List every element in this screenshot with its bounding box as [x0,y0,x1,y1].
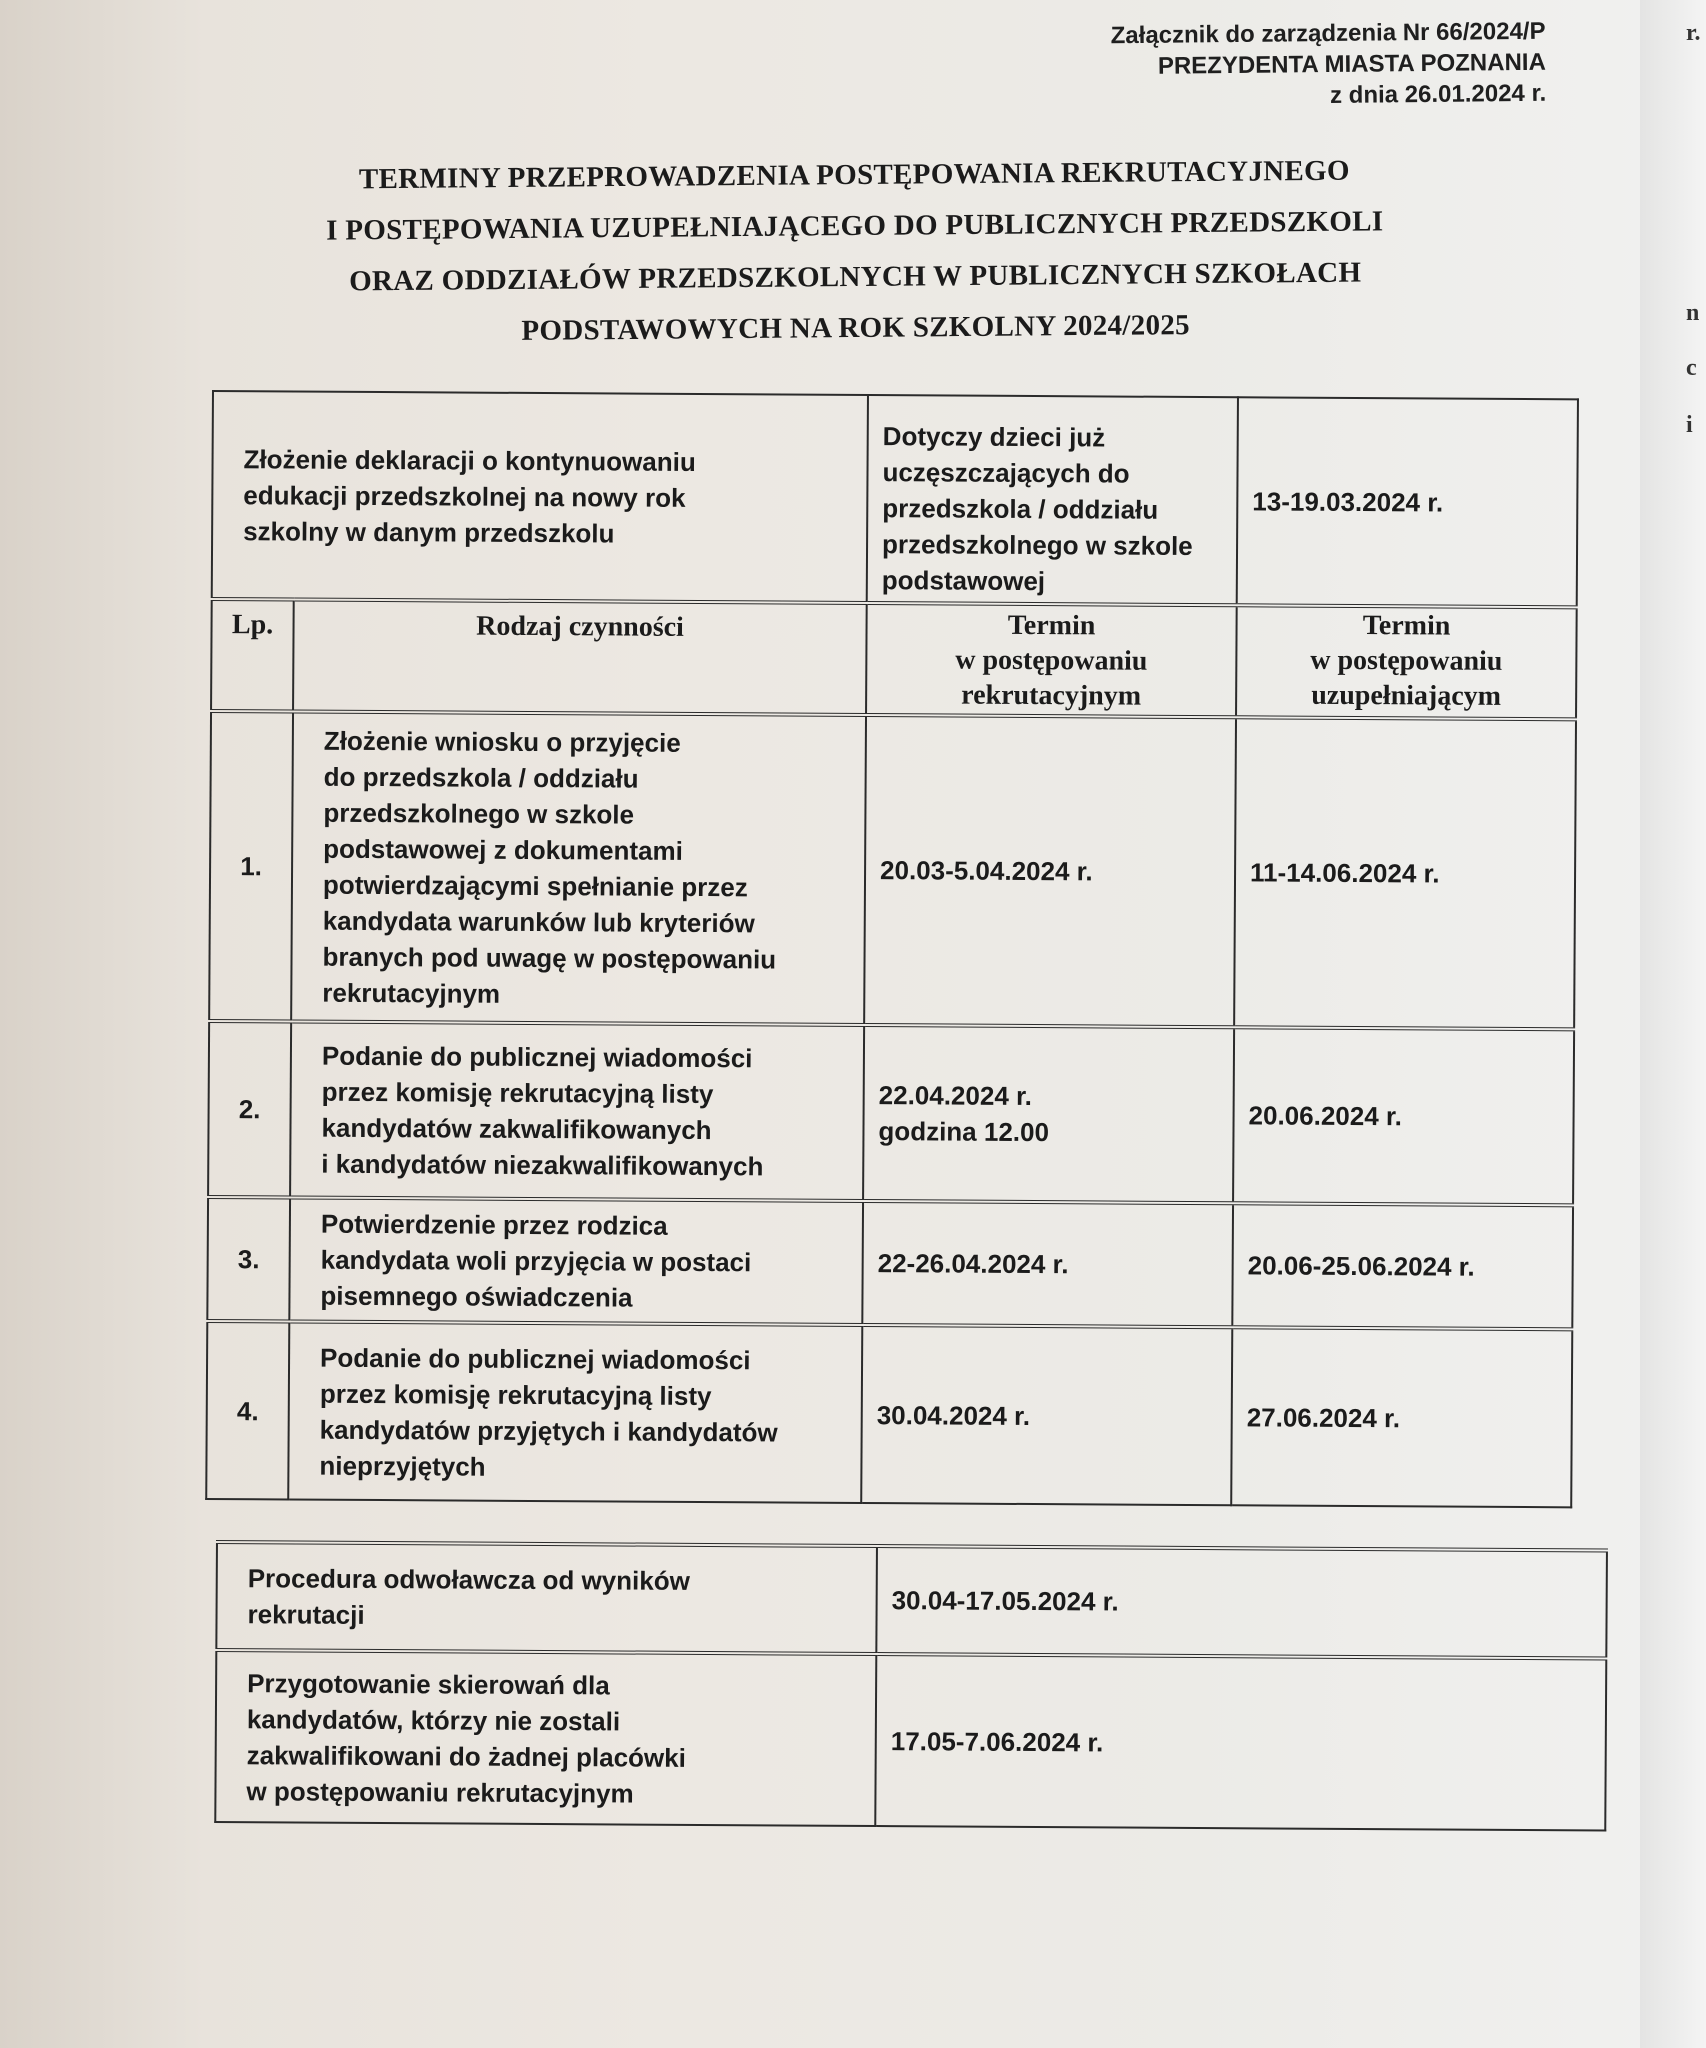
row-activity: Złożenie wniosku o przyjęcie do przedszk… [291,712,866,1025]
row-supplementary-date: 20.06.2024 r. [1233,1027,1574,1205]
document-title: TERMINY PRZEPROWADZENIA POSTĘPOWANIA REK… [249,145,1461,360]
row-number: 1. [209,711,293,1021]
schedule-table: Złożenie deklaracji o kontynuowaniu eduk… [205,390,1579,1508]
row-activity: Podanie do publicznej wiadomości przez k… [288,1321,862,1502]
row-recruitment-date: 22-26.04.2024 r. [862,1201,1233,1327]
table-row: 4. Podanie do publicznej wiadomości prze… [206,1321,1572,1507]
additional-date: 17.05-7.06.2024 r. [875,1654,1606,1830]
row-recruitment-date: 20.03-5.04.2024 r. [864,715,1236,1027]
row-supplementary-date: 11-14.06.2024 r. [1234,717,1576,1029]
table-row: 1. Złożenie wniosku o przyjęcie do przed… [209,711,1576,1029]
header-recruitment-term: Termin w postępowaniu rekrutacyjnym [866,603,1237,717]
header-activity: Rodzaj czynności [293,600,867,715]
additional-activity: Procedura odwoławcza od wyników rekrutac… [216,1542,877,1654]
additional-activity: Przygotowanie skierowań dla kandydatów, … [215,1650,876,1826]
additional-deadlines-table: Procedura odwoławcza od wyników rekrutac… [214,1540,1608,1831]
header-lp: Lp. [211,599,294,711]
row-recruitment-date: 30.04.2024 r. [861,1325,1232,1505]
declaration-activity: Złożenie deklaracji o kontynuowaniu eduk… [212,391,868,603]
adjacent-page-fragment: i [1686,412,1693,439]
attachment-header: Załącznik do zarządzenia Nr 66/2024/P PR… [1111,16,1547,114]
adjacent-page-fragment: r. [1686,20,1700,47]
table-header-row: Lp. Rodzaj czynności Termin w postępowan… [211,599,1577,719]
row-activity: Potwierdzenie przez rodzica kandydata wo… [289,1197,863,1324]
additional-row: Procedura odwoławcza od wyników rekrutac… [216,1542,1607,1658]
table-row: 3. Potwierdzenie przez rodzica kandydata… [207,1197,1573,1329]
additional-row: Przygotowanie skierowań dla kandydatów, … [215,1650,1606,1830]
row-recruitment-date: 22.04.2024 r. godzina 12.00 [863,1025,1234,1203]
table-row: 2. Podanie do publicznej wiadomości prze… [208,1021,1574,1205]
attachment-line: Załącznik do zarządzenia Nr 66/2024/P [1111,16,1546,52]
adjacent-page-fragment: n [1686,300,1699,327]
declaration-note: Dotyczy dzieci już uczęszczających do pr… [867,395,1238,605]
adjacent-page-fragment: c [1686,355,1697,382]
row-number: 2. [208,1021,291,1197]
row-number: 4. [206,1321,289,1499]
title-line: PODSTAWOWYCH NA ROK SZKOLNY 2024/2025 [250,298,1460,360]
date-line: z dnia 26.01.2024 r. [1111,78,1546,114]
title-line: ORAZ ODDZIAŁÓW PRZEDSZKOLNYCH W PUBLICZN… [250,247,1460,309]
declaration-date: 13-19.03.2024 r. [1237,397,1578,607]
issuer-line: PREZYDENTA MIASTA POZNANIA [1111,47,1546,83]
additional-date: 30.04-17.05.2024 r. [876,1546,1607,1658]
row-activity: Podanie do publicznej wiadomości przez k… [290,1021,864,1200]
declaration-row: Złożenie deklaracji o kontynuowaniu eduk… [212,391,1578,607]
header-supplementary-term: Termin w postępowaniu uzupełniającym [1236,605,1577,719]
row-number: 3. [207,1197,290,1321]
row-supplementary-date: 27.06.2024 r. [1231,1327,1572,1507]
row-supplementary-date: 20.06-25.06.2024 r. [1232,1203,1573,1329]
